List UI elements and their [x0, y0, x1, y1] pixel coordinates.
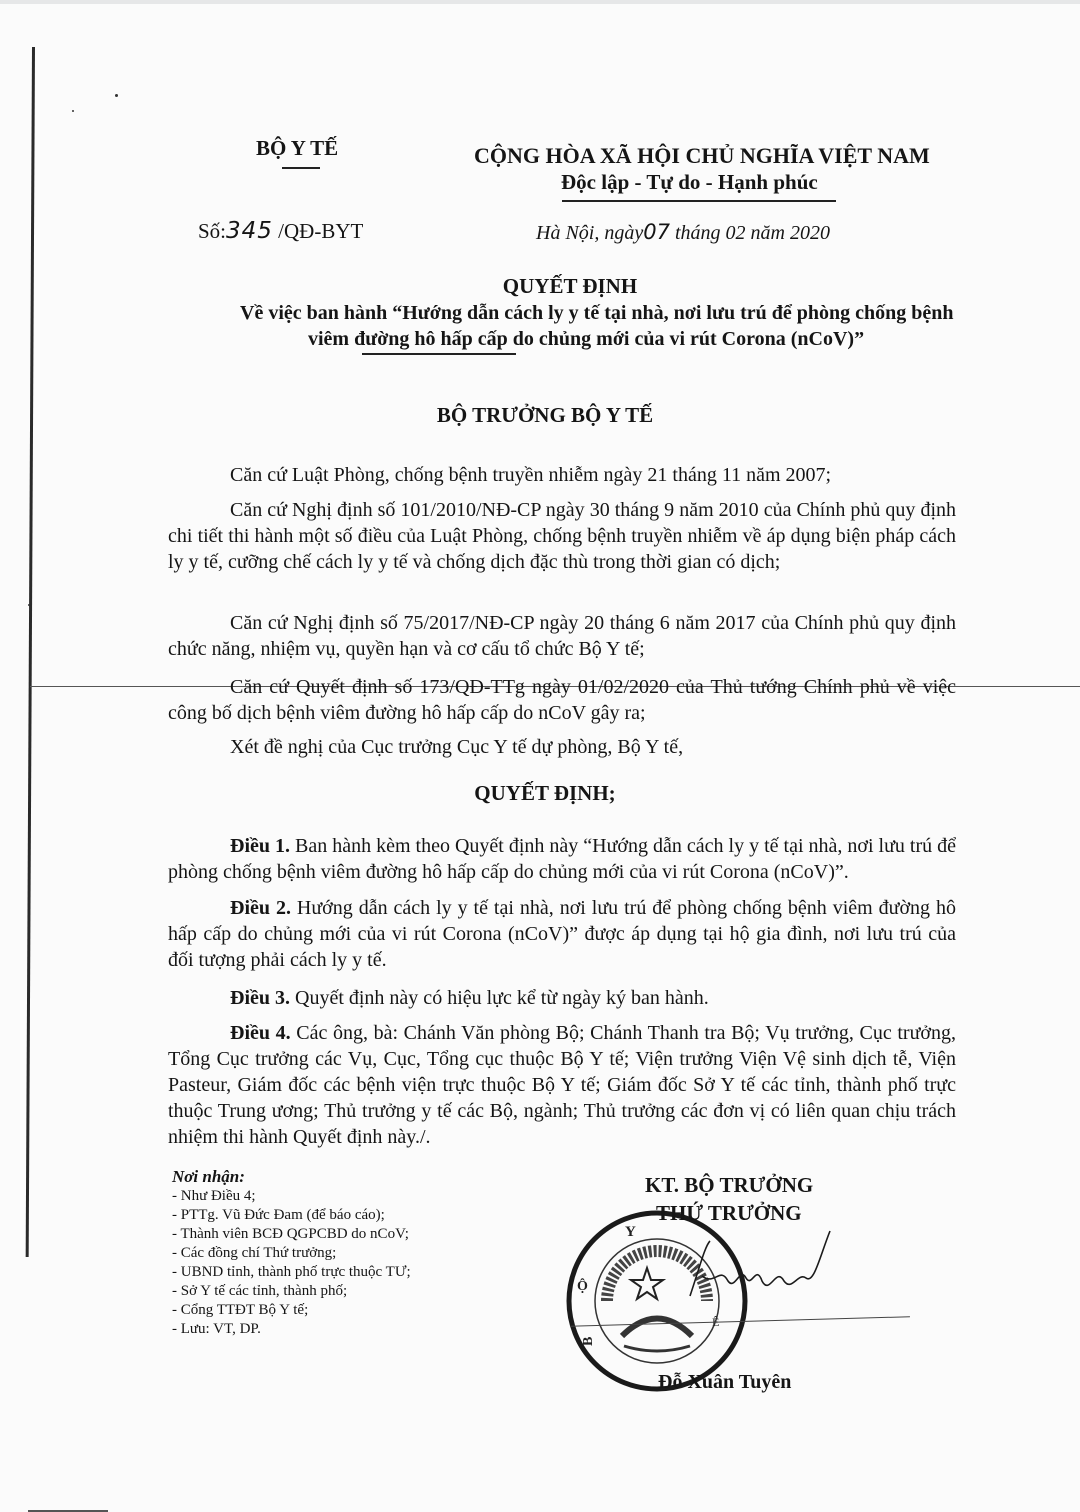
- place-and-date: Hà Nội, ngày07 tháng 02 năm 2020: [536, 220, 830, 245]
- signer-title-line-2: THỨ TRƯỞNG: [656, 1201, 802, 1226]
- agency-underline: [282, 167, 320, 169]
- article-label: Điều 1.: [230, 835, 290, 857]
- preamble-text: Xét đề nghị của Cục trưởng Cục Y tế dự p…: [168, 734, 956, 760]
- issuer-heading: BỘ TRƯỞNG BỘ Y TẾ: [0, 403, 1080, 428]
- article-2: Điều 2. Hướng dẫn cách ly y tế tại nhà, …: [168, 895, 956, 973]
- preamble-text: Căn cứ Nghị định số 75/2017/NĐ-CP ngày 2…: [168, 610, 956, 662]
- scan-speck: [115, 94, 118, 97]
- article-4: Điều 4. Các ông, bà: Chánh Văn phòng Bộ;…: [168, 1020, 956, 1150]
- recipients-list: Nơi nhận: - Như Điều 4; - PTTg. Vũ Đức Đ…: [172, 1167, 411, 1339]
- subject-underline: [362, 353, 516, 355]
- recipient-item: - Các đồng chí Thứ trưởng;: [172, 1244, 411, 1263]
- preamble-item: Căn cứ Quyết định số 173/QĐ-TTg ngày 01/…: [168, 674, 956, 726]
- article-text: Quyết định này có hiệu lực kể từ ngày ký…: [290, 987, 709, 1009]
- place-date-prefix: Hà Nội, ngày: [536, 222, 643, 244]
- recipient-item: - Thành viên BCĐ QGPCBD do nCoV;: [172, 1225, 411, 1244]
- doc-number-suffix: /QĐ-BYT: [273, 219, 363, 243]
- recipient-item: - Sở Y tế các tỉnh, thành phố;: [172, 1282, 411, 1301]
- recipient-item: - Cổng TTĐT Bộ Y tế;: [172, 1301, 411, 1320]
- doc-number-prefix: Số:: [198, 219, 226, 243]
- document-number: Số:345 /QĐ-BYT: [198, 218, 363, 244]
- svg-text:Ộ: Ộ: [577, 1277, 588, 1294]
- document-title: QUYẾT ĐỊNH: [0, 274, 1080, 299]
- article-label: Điều 2.: [230, 897, 291, 919]
- decision-heading: QUYẾT ĐỊNH;: [0, 781, 1080, 806]
- document-page: BỘ Y TẾ CỘNG HÒA XÃ HỘI CHỦ NGHĨA VIỆT N…: [0, 4, 1080, 1512]
- signer-title-line-1: KT. BỘ TRƯỞNG: [645, 1173, 813, 1198]
- doc-number-handwritten: 345: [226, 218, 273, 244]
- handwritten-signature-icon: [680, 1226, 840, 1306]
- national-title: CỘNG HÒA XÃ HỘI CHỦ NGHĨA VIỆT NAM: [474, 143, 930, 169]
- recipient-item: - Như Điều 4;: [172, 1187, 411, 1206]
- recipient-item: - Lưu: VT, DP.: [172, 1320, 411, 1339]
- scan-speck: [72, 110, 74, 112]
- article-3: Điều 3. Quyết định này có hiệu lực kể từ…: [168, 985, 956, 1011]
- preamble-text: Căn cứ Quyết định số 173/QĐ-TTg ngày 01/…: [168, 674, 956, 726]
- recipient-item: - PTTg. Vũ Đức Đam (để báo cáo);: [172, 1206, 411, 1225]
- issuing-agency: BỘ Y TẾ: [256, 136, 338, 161]
- day-handwritten: 07: [643, 220, 670, 244]
- subject-line-2: viêm đường hô hấp cấp do chủng mới của v…: [308, 328, 864, 351]
- subject-line-1: Về việc ban hành “Hướng dẫn cách ly y tế…: [240, 302, 954, 325]
- scan-speck: [28, 604, 30, 606]
- preamble-item: Căn cứ Nghị định số 75/2017/NĐ-CP ngày 2…: [168, 610, 956, 662]
- recipients-heading: Nơi nhận:: [172, 1167, 411, 1186]
- article-label: Điều 3.: [230, 987, 290, 1009]
- svg-text:B: B: [581, 1337, 596, 1346]
- preamble-text: Căn cứ Nghị định số 101/2010/NĐ-CP ngày …: [168, 497, 956, 575]
- motto-underline: [562, 200, 836, 202]
- article-label: Điều 4.: [230, 1022, 291, 1044]
- place-date-suffix: tháng 02 năm 2020: [675, 222, 830, 244]
- signer-name: Đỗ Xuân Tuyên: [658, 1371, 791, 1394]
- preamble-text: Căn cứ Luật Phòng, chống bệnh truyền nhi…: [168, 462, 956, 488]
- preamble-item: Căn cứ Luật Phòng, chống bệnh truyền nhi…: [168, 462, 956, 488]
- national-motto: Độc lập - Tự do - Hạnh phúc: [561, 170, 818, 195]
- recipient-item: - UBND tỉnh, thành phố trực thuộc TƯ;: [172, 1263, 411, 1282]
- svg-text:Y: Y: [625, 1224, 636, 1240]
- margin-line: [26, 47, 35, 1257]
- preamble-item: Căn cứ Nghị định số 101/2010/NĐ-CP ngày …: [168, 497, 956, 575]
- article-1: Điều 1. Ban hành kèm theo Quyết định này…: [168, 833, 956, 885]
- preamble-item: Xét đề nghị của Cục trưởng Cục Y tế dự p…: [168, 734, 956, 760]
